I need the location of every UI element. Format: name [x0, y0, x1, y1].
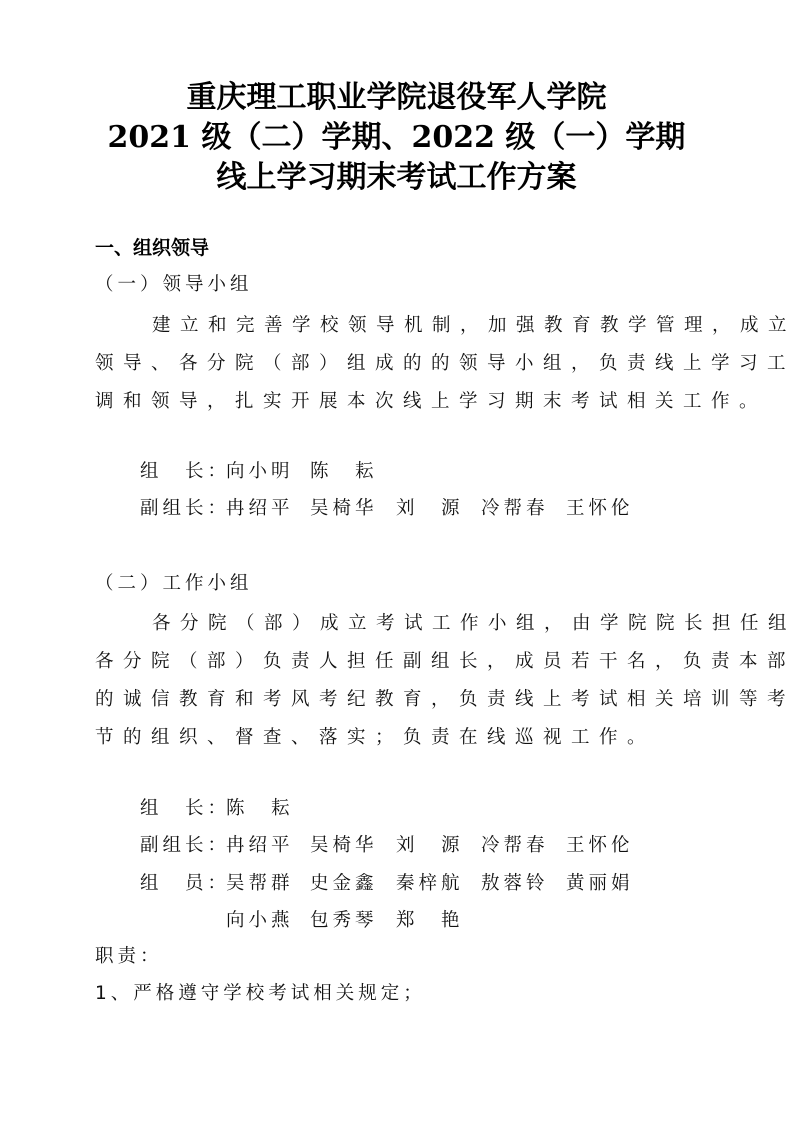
duty-item: 1、严格遵守学校考试相关规定； [95, 982, 426, 1006]
person-name: 吴椅华 [310, 497, 378, 521]
title-line-1: 重庆理工职业学院退役军人学院 [0, 78, 793, 118]
person-name: 王怀伦 [566, 497, 634, 521]
deputy-label: 副组长： [140, 497, 230, 521]
person-name: 郑 艳 [396, 909, 464, 933]
person-name: 秦梓航 [396, 872, 464, 896]
member-label: 组 员： [140, 872, 230, 896]
person-name: 陈 耘 [310, 460, 378, 484]
person-name: 刘 源 [396, 497, 464, 521]
person-name: 王怀伦 [566, 834, 634, 858]
person-name: 黄丽娟 [566, 872, 634, 896]
person-name: 向小明 [226, 460, 294, 484]
person-name: 吴椅华 [310, 834, 378, 858]
person-name: 吴帮群 [226, 872, 294, 896]
deputy-label: 副组长： [140, 834, 230, 858]
paragraph-line: 节的组织、督查、落实；负责在线巡视工作。 [95, 726, 655, 750]
paragraph-line: 建立和完善学校领导机制，加强教育教学管理，成立由学校 [152, 314, 793, 338]
paragraph-line: 调和领导，扎实开展本次线上学习期末考试相关工作。 [95, 390, 767, 414]
paragraph-line: 领导、各分院（部）组成的的领导小组，负责线上学习工作的协 [95, 352, 793, 376]
person-name: 冉绍平 [226, 834, 294, 858]
leader-label: 组 长： [140, 797, 230, 821]
person-name: 冷帮春 [481, 497, 549, 521]
subsection-heading-leadership-group: （一）领导小组 [95, 273, 253, 297]
duties-label: 职责： [95, 945, 163, 969]
person-name: 向小燕 [226, 909, 294, 933]
person-name: 刘 源 [396, 834, 464, 858]
leader-label: 组 长： [140, 460, 230, 484]
person-name: 陈 耘 [226, 797, 294, 821]
person-name: 冷帮春 [481, 834, 549, 858]
paragraph-line: 各分院（部）成立考试工作小组，由学院院长担任组长，由 [152, 612, 793, 636]
title-line-3: 线上学习期末考试工作方案 [0, 158, 793, 198]
paragraph-line: 的诚信教育和考风考纪教育，负责线上考试相关培训等考试各环 [95, 688, 793, 712]
subsection-heading-work-group: （二）工作小组 [95, 572, 253, 596]
title-line-2: 2021 级（二）学期、2022 级（一）学期 [0, 118, 793, 158]
paragraph-line: 各分院（部）负责人担任副组长，成员若干名，负责本部门学生 [95, 650, 793, 674]
person-name: 敖蓉铃 [481, 872, 549, 896]
person-name: 史金鑫 [310, 872, 378, 896]
section-heading-organization: 一、组织领导 [95, 236, 209, 260]
person-name: 包秀琴 [310, 909, 378, 933]
person-name: 冉绍平 [226, 497, 294, 521]
